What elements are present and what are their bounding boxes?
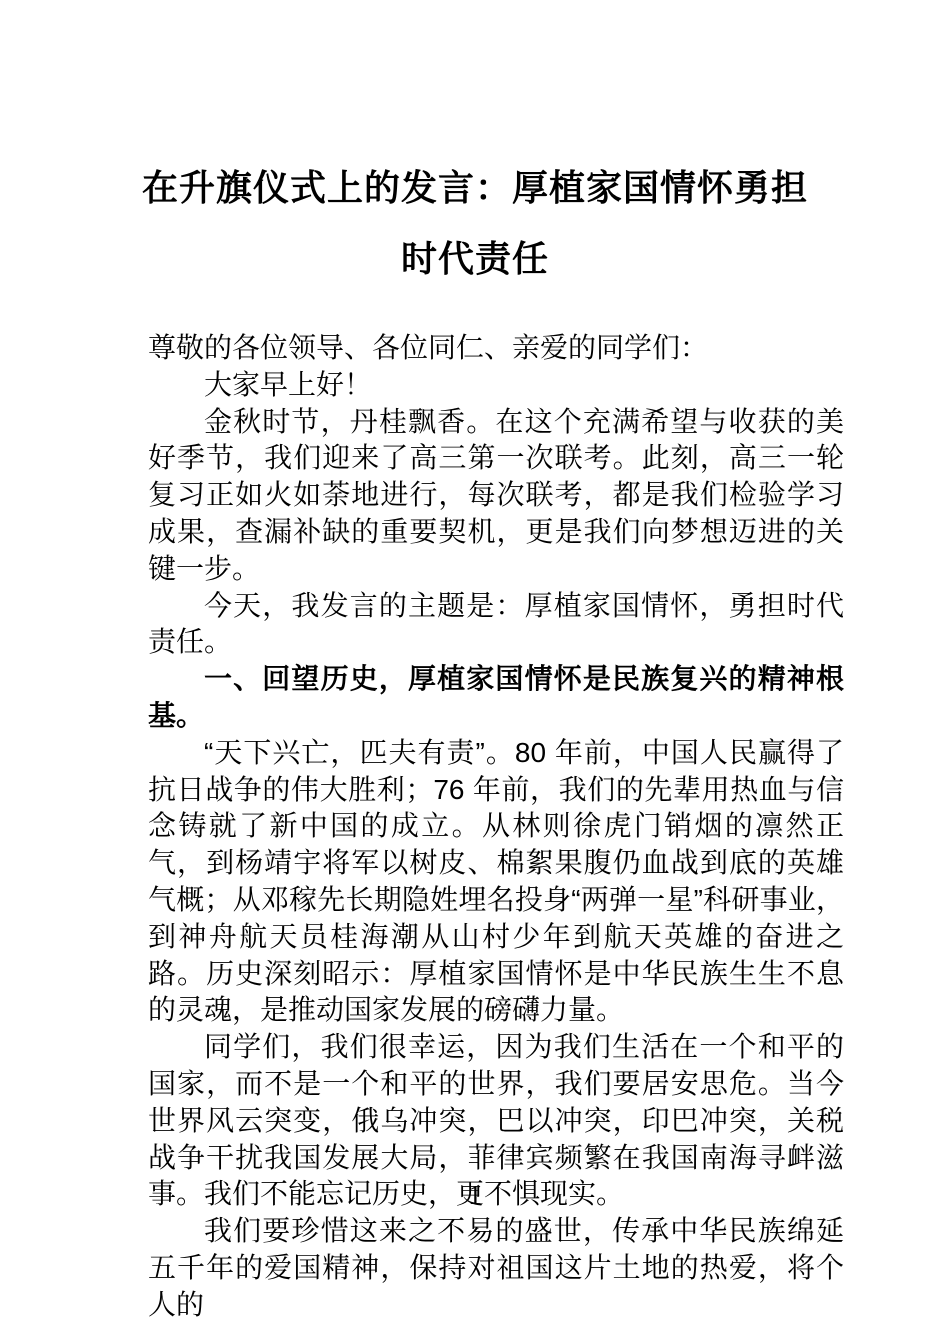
page-number: 1 xyxy=(0,1180,950,1211)
document-body: 尊敬的各位领导、各位同仁、亲爱的同学们： 大家早上好！ 金秋时节，丹桂飘香。在这… xyxy=(148,330,844,1324)
section-heading-1: 一、回望历史，厚植家国情怀是民族复兴的精神根基。 xyxy=(148,661,844,735)
document-title-line2: 时代责任 xyxy=(0,223,950,294)
document-title-line1: 在升旗仪式上的发言：厚植家国情怀勇担 xyxy=(0,152,950,223)
paragraph-speech-theme: 今天，我发言的主题是：厚植家国情怀，勇担时代责任。 xyxy=(148,588,844,662)
greeting-line: 大家早上好！ xyxy=(148,367,844,404)
document-page: 在升旗仪式上的发言：厚植家国情怀勇担 时代责任 尊敬的各位领导、各位同仁、亲爱的… xyxy=(0,0,950,1344)
document-title: 在升旗仪式上的发言：厚植家国情怀勇担 时代责任 xyxy=(0,152,950,294)
paragraph-exam-opening: 金秋时节，丹桂飘香。在这个充满希望与收获的美好季节，我们迎来了高三第一次联考。此… xyxy=(148,404,844,588)
paragraph-cherish-era: 我们要珍惜这来之不易的盛世，传承中华民族绵延五千年的爱国精神，保持对祖国这片土地… xyxy=(148,1213,844,1323)
salutation-line: 尊敬的各位领导、各位同仁、亲爱的同学们： xyxy=(148,330,844,367)
paragraph-history: “天下兴亡，匹夫有责”。80 年前，中国人民赢得了抗日战争的伟大胜利；76 年前… xyxy=(148,735,844,1029)
